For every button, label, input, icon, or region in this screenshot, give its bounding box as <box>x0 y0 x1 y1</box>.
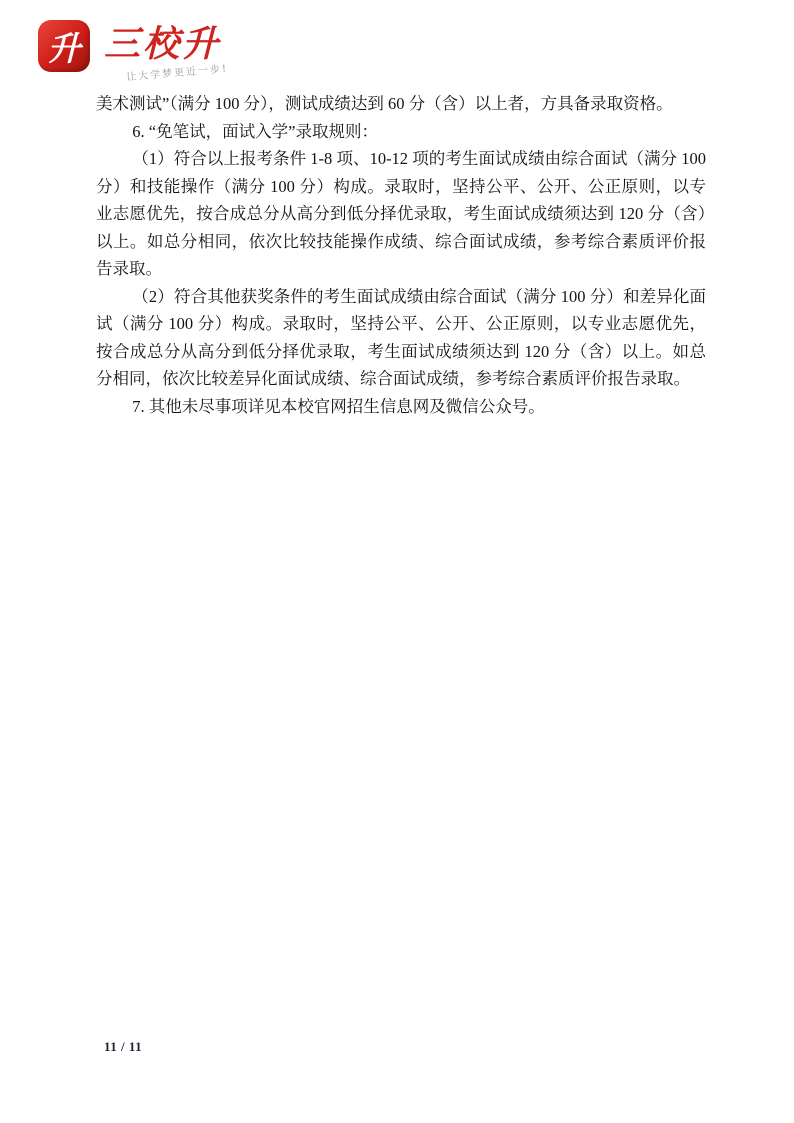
logo-text-block: 三校升 让大学梦更近一步! <box>104 20 228 81</box>
document-body: 美术测试”（满分 100 分），测试成绩达到 60 分（含）以上者，方具备录取资… <box>96 90 706 420</box>
body-paragraph: （2）符合其他获奖条件的考生面试成绩由综合面试（满分 100 分）和差异化面试（… <box>96 283 706 393</box>
app-logo-icon: 升 <box>38 20 90 72</box>
logo-tagline: 让大学梦更近一步! <box>126 60 229 84</box>
body-paragraph: 美术测试”（满分 100 分），测试成绩达到 60 分（含）以上者，方具备录取资… <box>96 90 706 118</box>
page-number: 11 / 11 <box>104 1039 142 1055</box>
body-paragraph: （1）符合以上报考条件 1-8 项、10-12 项的考生面试成绩由综合面试（满分… <box>96 145 706 283</box>
body-paragraph: 7. 其他未尽事项详见本校官网招生信息网及微信公众号。 <box>96 393 706 421</box>
brand-logo: 升 三校升 让大学梦更近一步! <box>38 20 228 81</box>
logo-wordmark: 三校升 <box>104 26 228 62</box>
body-paragraph: 6. “免笔试，面试入学”录取规则： <box>96 118 706 146</box>
